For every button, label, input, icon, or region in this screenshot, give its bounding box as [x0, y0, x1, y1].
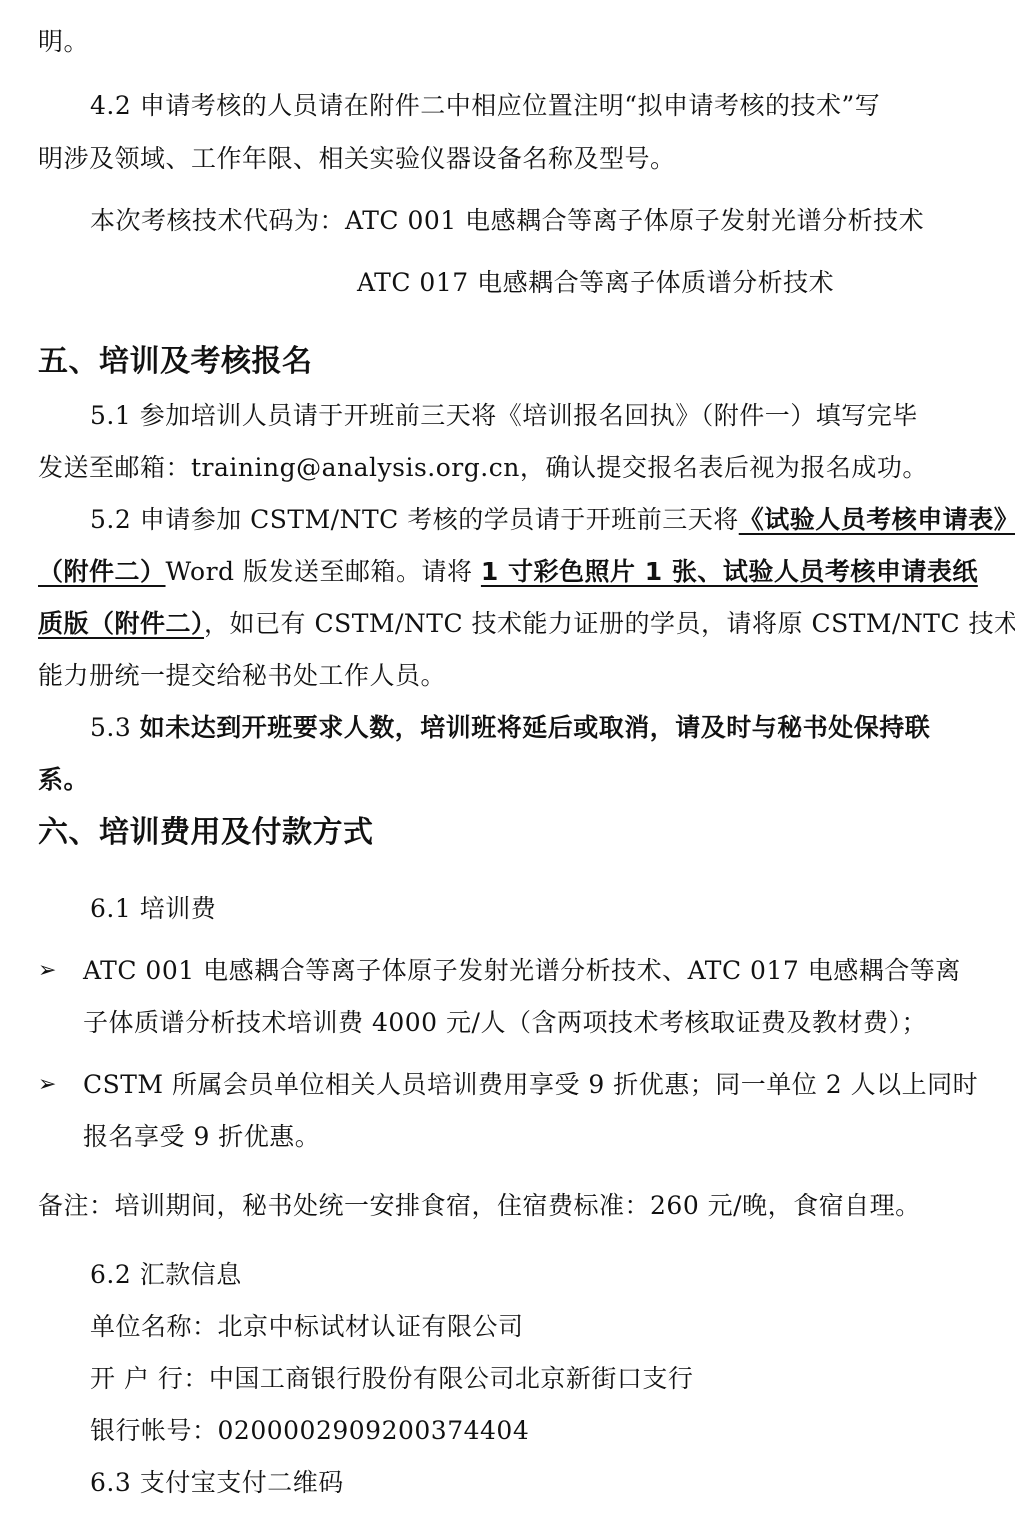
- fee-bullet-2-line2: 报名享受 9 折优惠。: [83, 1121, 320, 1153]
- item-5-3-number: 5.3: [90, 713, 140, 742]
- arrow-bullet-icon: ➢: [38, 1069, 56, 1101]
- item-4-2-line2: 明涉及领域、工作年限、相关实验仪器设备名称及型号。: [38, 143, 676, 175]
- item-5-1-line2: 发送至邮箱：training@analysis.org.cn，确认提交报名表后视…: [38, 452, 928, 484]
- item-5-2-line2: （附件二）Word 版发送至邮箱。请将 1 寸彩色照片 1 张、试验人员考核申请…: [38, 556, 978, 588]
- item-5-3-line2: 系。: [38, 764, 89, 796]
- subsection-6-2: 6.2 汇款信息: [90, 1259, 242, 1291]
- paragraph-continuation: 明。: [38, 26, 89, 58]
- item-5-2-prefix: 5.2 申请参加 CSTM/NTC 考核的学员请于开班前三天将: [90, 505, 739, 534]
- bank-value: 中国工商银行股份有限公司北京新街口支行: [209, 1364, 694, 1393]
- photo-requirement: 1 寸彩色照片 1 张、试验人员考核申请表纸: [481, 557, 978, 586]
- item-5-3-line1: 5.3 如未达到开班要求人数，培训班将延后或取消，请及时与秘书处保持联: [90, 712, 930, 744]
- item-5-2-rest: ，如已有 CSTM/NTC 技术能力证册的学员，请将原 CSTM/NTC 技术: [204, 609, 1015, 638]
- email-address[interactable]: training@analysis.org.cn: [191, 453, 520, 482]
- account-value: 0200002909200374404: [218, 1416, 530, 1445]
- email-suffix: ，确认提交报名表后视为报名成功。: [520, 453, 928, 482]
- section-6-heading: 六、培训费用及付款方式: [38, 814, 374, 852]
- tech-codes-line1: 本次考核技术代码为：ATC 001 电感耦合等离子体原子发射光谱分析技术: [90, 205, 924, 237]
- account-row: 银行帐号：0200002909200374404: [90, 1415, 529, 1447]
- fee-bullet-1-line2: 子体质谱分析技术培训费 4000 元/人（含两项技术考核取证费及教材费）；: [83, 1007, 927, 1039]
- item-5-3-notice: 如未达到开班要求人数，培训班将延后或取消，请及时与秘书处保持联: [140, 713, 931, 742]
- fee-bullet-2-line1: CSTM 所属会员单位相关人员培训费用享受 9 折优惠；同一单位 2 人以上同时: [83, 1069, 978, 1101]
- paper-version-label: 质版（附件二）: [38, 609, 204, 638]
- company-value: 北京中标试材认证有限公司: [218, 1312, 524, 1341]
- attachment-2-label: （附件二）: [38, 557, 166, 586]
- tech-code-atc017: ATC 017 电感耦合等离子体质谱分析技术: [357, 267, 834, 299]
- arrow-bullet-icon: ➢: [38, 955, 56, 987]
- section-5-heading: 五、培训及考核报名: [38, 343, 313, 381]
- item-5-2-line3: 质版（附件二），如已有 CSTM/NTC 技术能力证册的学员，请将原 CSTM/…: [38, 608, 1015, 640]
- company-name-row: 单位名称：北京中标试材认证有限公司: [90, 1311, 524, 1343]
- application-form-title: 《试验人员考核申请表》: [739, 505, 1015, 534]
- subsection-6-1: 6.1 培训费: [90, 893, 216, 925]
- fee-bullet-1-line1: ATC 001 电感耦合等离子体原子发射光谱分析技术、ATC 017 电感耦合等…: [83, 955, 961, 987]
- email-prefix: 发送至邮箱：: [38, 453, 191, 482]
- subsection-6-3: 6.3 支付宝支付二维码: [90, 1467, 344, 1499]
- item-5-2-middle: Word 版发送至邮箱。请将: [166, 557, 481, 586]
- item-4-2-line1: 4.2 申请考核的人员请在附件二中相应位置注明“拟申请考核的技术”写: [90, 90, 880, 122]
- item-5-1-line1: 5.1 参加培训人员请于开班前三天将《培训报名回执》（附件一）填写完毕: [90, 400, 918, 432]
- item-5-2-line4: 能力册统一提交给秘书处工作人员。: [38, 660, 446, 692]
- item-5-2-line1: 5.2 申请参加 CSTM/NTC 考核的学员请于开班前三天将《试验人员考核申请…: [90, 504, 1015, 536]
- accommodation-note: 备注：培训期间，秘书处统一安排食宿，住宿费标准：260 元/晚，食宿自理。: [38, 1190, 921, 1222]
- account-label: 银行帐号：: [90, 1416, 218, 1445]
- tech-code-atc001: ATC 001 电感耦合等离子体原子发射光谱分析技术: [345, 206, 924, 235]
- company-label: 单位名称：: [90, 1312, 218, 1341]
- bank-label: 开 户 行：: [90, 1364, 209, 1393]
- tech-codes-label: 本次考核技术代码为：: [90, 206, 345, 235]
- bank-row: 开 户 行：中国工商银行股份有限公司北京新街口支行: [90, 1363, 693, 1395]
